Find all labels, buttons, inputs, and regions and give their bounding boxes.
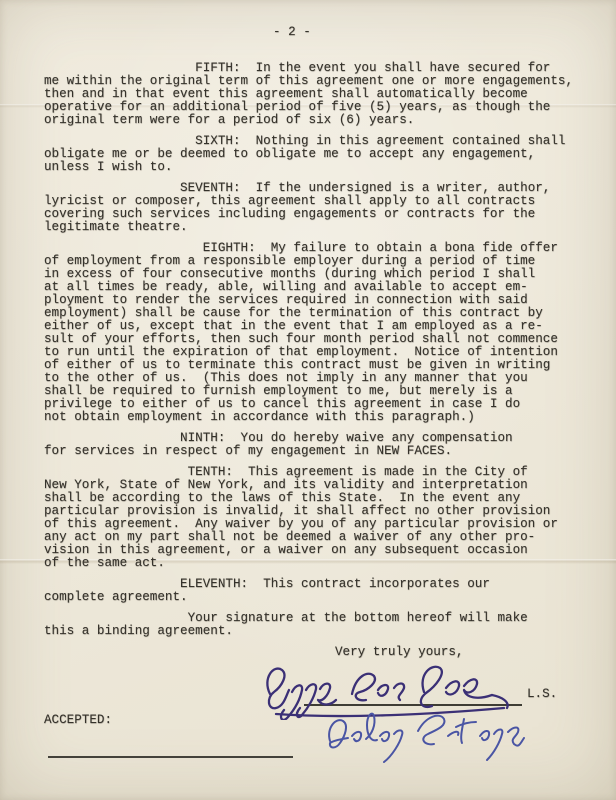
audrey-sturges-signature [316, 708, 526, 764]
signature-area: L.S. [44, 660, 584, 796]
contract-body: FIFTH: In the event you shall have secur… [44, 62, 584, 659]
accepted-signature-line [48, 756, 293, 758]
paragraph-ninth: NINTH: You do hereby waive any compensat… [44, 432, 584, 458]
paragraph-fifth: FIFTH: In the event you shall have secur… [44, 62, 584, 127]
paragraph-eleventh: ELEVENTH: This contract incorporates our… [44, 578, 584, 604]
ls-label: L.S. [527, 688, 557, 701]
page-number: - 2 - [273, 26, 311, 39]
paragraph-tenth: TENTH: This agreement is made in the Cit… [44, 466, 584, 570]
contract-page-2: - 2 - FIFTH: In the event you shall have… [0, 0, 616, 800]
accepted-label: ACCEPTED: [44, 714, 112, 727]
paragraph-seventh: SEVENTH: If the undersigned is a writer,… [44, 182, 584, 234]
valediction: Very truly yours, [335, 646, 584, 659]
closing-sentence: Your signature at the bottom hereof will… [44, 612, 584, 638]
paragraph-sixth: SIXTH: Nothing in this agreement contain… [44, 135, 584, 174]
paragraph-eighth: EIGHTH: My failure to obtain a bona fide… [44, 242, 584, 424]
